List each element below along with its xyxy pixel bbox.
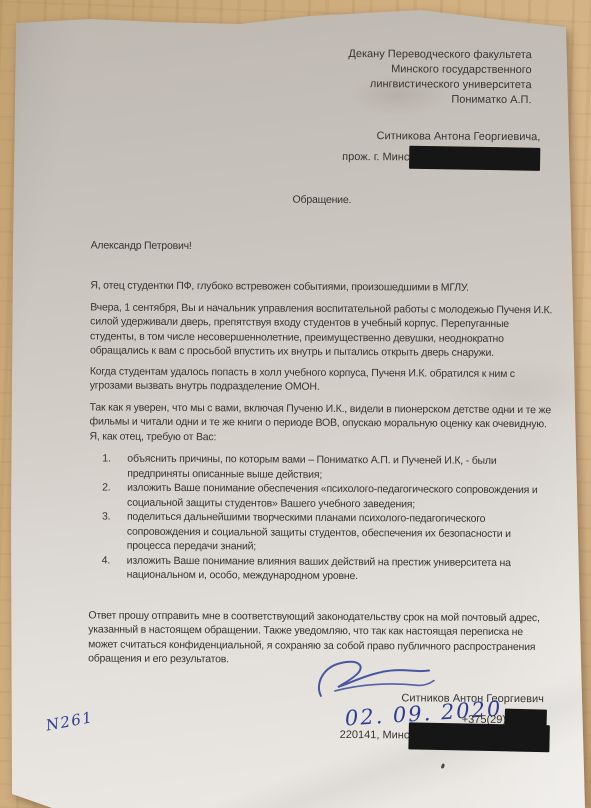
demands-list: 1. объяснить причины, по которым вами – … — [102, 452, 552, 585]
handwritten-registration-number: N261 — [44, 708, 94, 735]
demand-number: 3. — [102, 510, 114, 554]
postal-address-line: 220141, Минск, — [340, 729, 418, 741]
letter-paper: Декану Переводческого факультета Минског… — [0, 0, 591, 808]
demand-number: 2. — [102, 481, 114, 510]
demand-item-1: 1. объяснить причины, по которым вами – … — [102, 452, 551, 484]
recipient-line-1: Декану Переводческого факультета — [348, 47, 531, 63]
recipient-line-4: Пониматко А.П. — [348, 92, 531, 108]
demand-item-4: 4. изложить Ваше понимание влияния ваших… — [102, 553, 551, 585]
demand-text: поделиться дальнейшими творческими плана… — [114, 510, 551, 556]
demands-lead-in: Я, как отец, требую от Вас: — [89, 429, 551, 446]
redaction-box-home-address — [409, 146, 540, 171]
letter-title: Обращение. — [91, 191, 553, 208]
paragraph-incident: Вчера, 1 сентября, Вы и начальник управл… — [90, 300, 552, 361]
demand-text: объяснить причины, по которым вами – Пон… — [114, 452, 551, 484]
letter-content: Декану Переводческого факультета Минског… — [0, 0, 591, 808]
paragraph-moral: Так как я уверен, что мы с вами, включая… — [90, 400, 552, 432]
paragraph-intro: Я, отец студентки ПФ, глубоко встревожен… — [90, 278, 552, 295]
redaction-box-postal-address — [408, 722, 550, 752]
recipient-block: Декану Переводческого факультета Минског… — [348, 47, 532, 108]
ink-speck — [441, 763, 446, 769]
demand-number: 4. — [102, 553, 114, 582]
demand-item-2: 2. изложить Ваше понимание обеспечения «… — [102, 481, 551, 513]
demand-text: изложить Ваше понимание обеспечения «пси… — [114, 481, 551, 513]
recipient-line-3: лингвистического университета — [348, 77, 531, 93]
photo-wooden-table: Декану Переводческого факультета Минског… — [0, 0, 591, 808]
demand-item-3: 3. поделиться дальнейшими творческими пл… — [102, 510, 551, 556]
recipient-line-2: Минского государственного — [348, 62, 531, 78]
paragraph-omon: Когда студентам удалось попасть в холл у… — [90, 364, 552, 396]
letter-body: Обращение. Александр Петрович! Я, отец с… — [88, 191, 553, 675]
paper-sheet-wrap: Декану Переводческого факультета Минског… — [0, 0, 591, 808]
applicant-name: Ситникова Антона Георгиевича, — [377, 130, 541, 143]
demand-number: 1. — [102, 452, 114, 481]
demand-text: изложить Ваше понимание влияния ваших де… — [114, 553, 551, 585]
residence-line: прож. г. Минск, — [342, 151, 417, 163]
salutation: Александр Петрович! — [91, 238, 553, 255]
